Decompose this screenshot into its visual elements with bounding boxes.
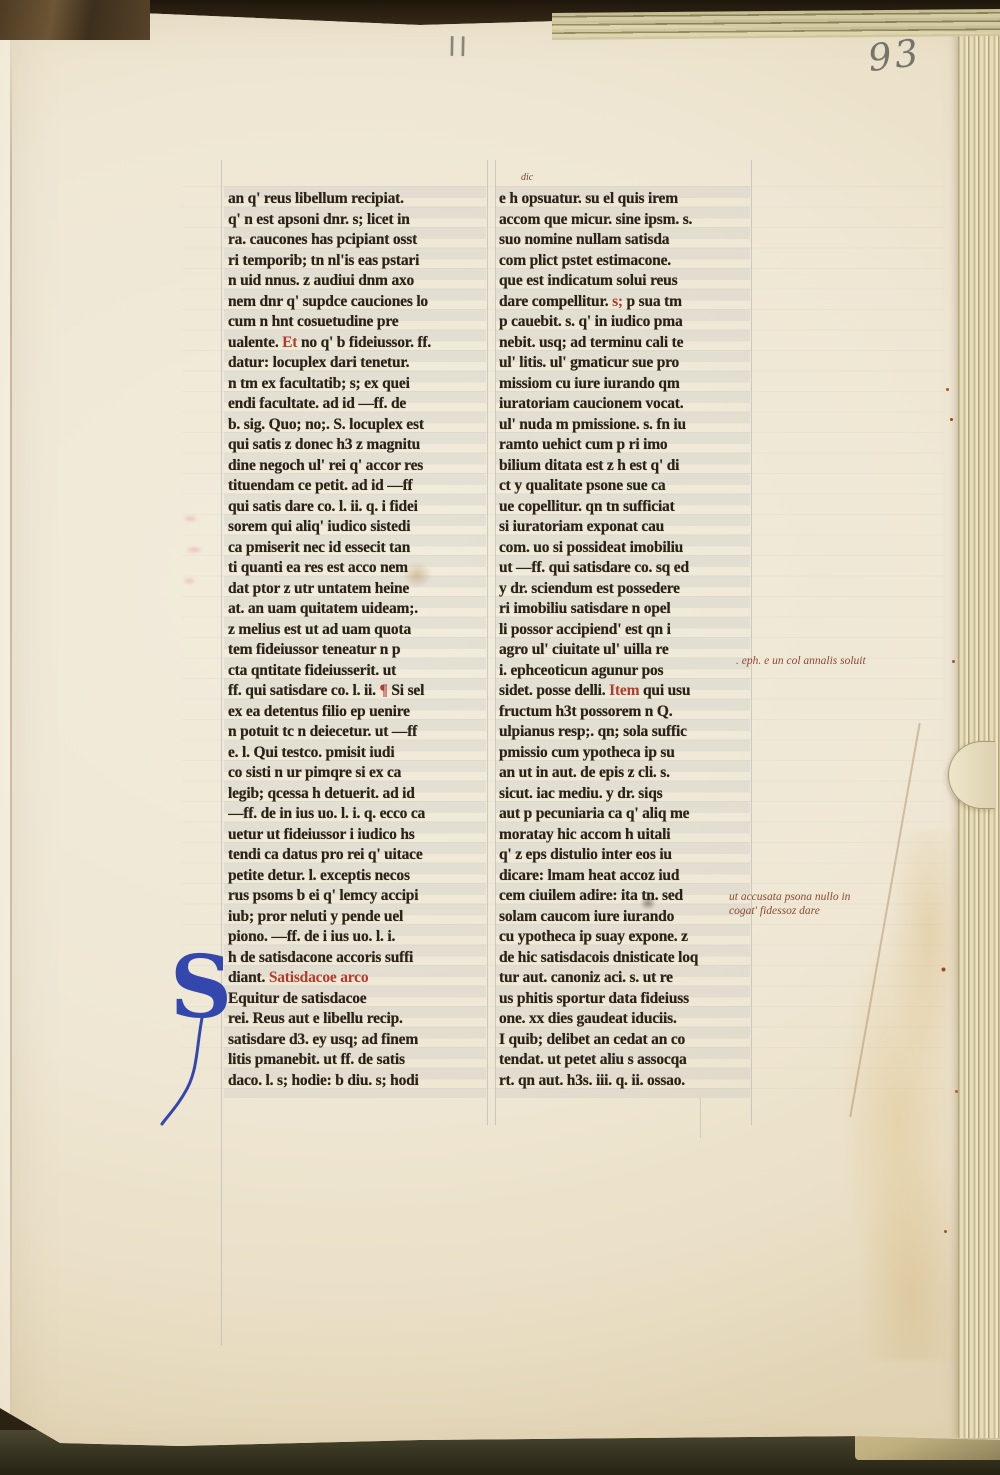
margin-note-line: . eph. e un col annalis soluit (736, 655, 866, 669)
manuscript-text-line: de hic satisdacois dnisticate loq (499, 948, 751, 969)
body-text: missiom cu iure iurando qm (499, 375, 680, 392)
manuscript-text-line: ulpianus resp;. qn; sola suffic (499, 722, 751, 743)
body-text: com plict pstet estimacone. (499, 252, 671, 269)
body-text: h de satisdacone accoris suffi (228, 949, 413, 966)
body-text: ca pmiserit nec id essecit tan (228, 539, 410, 556)
manuscript-text-line: ri temporib; tn nl'is eas pstari (228, 251, 486, 272)
body-text: ff. qui satisdare co. l. ii. (228, 682, 380, 699)
page-left-edge (0, 30, 10, 1430)
manuscript-text-line: dine negoch ul' rei q' accor res (228, 456, 486, 477)
manuscript-text-line: ct y qualitate psone sue ca (499, 476, 751, 497)
manuscript-text-line: ue copellitur. qn tn sufficiat (499, 497, 751, 518)
rubric-text: ¶ (380, 682, 388, 699)
manuscript-text-line: ra. caucones has pcipiant osst (228, 230, 486, 251)
body-text: cta qntitate fideiusserit. ut (228, 662, 396, 679)
manuscript-text-line: aut p pecuniaria ca q' aliq me (499, 804, 751, 825)
manuscript-text-line: missiom cu iure iurando qm (499, 374, 751, 395)
manuscript-page: II 93 dic an q' reus libellum recipiat.q… (0, 0, 1000, 1475)
manuscript-text-line: n uid nnus. z audiui dnm axo (228, 271, 486, 292)
parchment-tab (948, 741, 995, 809)
body-text: ct y qualitate psone sue ca (499, 477, 665, 494)
left-column: an q' reus libellum recipiat.q' n est ap… (228, 189, 486, 1091)
manuscript-text-line: cum n hnt cosuetudine pre (228, 312, 486, 333)
manuscript-text-line: endi facultate. ad id —ff. de (228, 394, 486, 415)
body-text: que est indicatum solui reus (499, 272, 677, 289)
binding-corner (0, 0, 150, 40)
body-text: legib; qcessa h detuerit. ad id (228, 785, 415, 802)
body-text: at. an uam quitatem uideam;. (228, 600, 418, 617)
manuscript-text-line: e h opsuatur. su el quis irem (499, 189, 751, 210)
manuscript-text-line: moratay hic accom h uitali (499, 825, 751, 846)
body-text: rt. qn aut. h3s. iii. q. ii. ossao. (499, 1072, 685, 1089)
manuscript-text-line: at. an uam quitatem uideam;. (228, 599, 486, 620)
manuscript-text-line: ff. qui satisdare co. l. ii. ¶ Si sel (228, 681, 486, 702)
manuscript-text-line: fructum h3t possorem n Q. (499, 702, 751, 723)
body-text: solam caucom iure iurando (499, 908, 674, 925)
body-text: Equitur de satisdacoe (228, 990, 366, 1007)
body-text: iub; pror neluti y pende uel (228, 908, 403, 925)
rubric-text: Satisdacoe arco (269, 969, 369, 986)
body-text: ul' litis. ul' gmaticur sue pro (499, 354, 679, 371)
manuscript-text-line: an q' reus libellum recipiat. (228, 189, 486, 210)
manuscript-text-line: co sisti n ur pimqre si ex ca (228, 763, 486, 784)
body-text: bilium ditata est z h est q' di (499, 457, 679, 474)
body-text: ualente. (228, 334, 282, 351)
manuscript-text-line: agro ul' ciuitate ul' uilla re (499, 640, 751, 661)
manuscript-text-line: cem ciuilem adire: ita tn. sed (499, 886, 751, 907)
body-text: diant. (228, 969, 269, 986)
manuscript-text-line: Equitur de satisdacoe (228, 989, 486, 1010)
vertical-ruling-line (751, 160, 752, 1125)
body-text: agro ul' ciuitate ul' uilla re (499, 641, 669, 658)
body-text: fructum h3t possorem n Q. (499, 703, 672, 720)
manuscript-text-line: litis pmanebit. ut ff. de satis (228, 1050, 486, 1071)
quire-mark: II (448, 32, 470, 63)
body-text: cem ciuilem adire: ita tn. sed (499, 887, 683, 904)
body-text: sorem qui aliq' iudico sistedi (228, 518, 410, 535)
manuscript-text-line: qui satis z donec h3 z magnitu (228, 435, 486, 456)
body-text: dicare: lmam heat accoz iud (499, 867, 679, 884)
body-text: accom que micur. sine ipsm. s. (499, 211, 692, 228)
body-text: uetur ut fideiussor i iudico hs (228, 826, 415, 843)
manuscript-text-line: nebit. usq; ad terminu cali te (499, 333, 751, 354)
body-text: endi facultate. ad id —ff. de (228, 395, 406, 412)
manuscript-text-line: ualente. Et no q' b fideiussor. ff. (228, 333, 486, 354)
manuscript-text-line: rt. qn aut. h3s. iii. q. ii. ossao. (499, 1071, 751, 1092)
body-text: us phitis sportur data fideiuss (499, 990, 689, 1007)
manuscript-text-line: si iuratoriam exponat cau (499, 517, 751, 538)
body-text: i. ephceoticun agunur pos (499, 662, 663, 679)
margin-note-annual: . eph. e un col annalis soluit (736, 655, 866, 669)
body-text: ra. caucones has pcipiant osst (228, 231, 417, 248)
manuscript-text-line: cta qntitate fideiusserit. ut (228, 661, 486, 682)
manuscript-text-line: legib; qcessa h detuerit. ad id (228, 784, 486, 805)
manuscript-text-line: i. ephceoticun agunur pos (499, 661, 751, 682)
body-text: cum n hnt cosuetudine pre (228, 313, 398, 330)
manuscript-text-line: —ff. de in ius uo. l. i. q. ecco ca (228, 804, 486, 825)
manuscript-text-line: diant. Satisdacoe arco (228, 968, 486, 989)
manuscript-text-line: nem dnr q' supdce cauciones lo (228, 292, 486, 313)
body-text: ulpianus resp;. qn; sola suffic (499, 723, 687, 740)
interlinear-gloss: dic (521, 172, 533, 183)
manuscript-text-line: suo nomine nullam satisda (499, 230, 751, 251)
manuscript-text-line: que est indicatum solui reus (499, 271, 751, 292)
body-text: q' n est apsoni dnr. s; licet in (228, 211, 410, 228)
manuscript-text-line: tituendam ce petit. ad id —ff (228, 476, 486, 497)
body-text: p sua tm (623, 293, 682, 310)
manuscript-text-line: li possor accipiend' est qn i (499, 620, 751, 641)
manuscript-text-line: petite detur. l. exceptis necos (228, 866, 486, 887)
body-text: sicut. iac mediu. y dr. siqs (499, 785, 663, 802)
body-text: qui satis dare co. l. ii. q. i fidei (228, 498, 418, 515)
body-text: ri temporib; tn nl'is eas pstari (228, 252, 419, 269)
manuscript-text-line: ul' litis. ul' gmaticur sue pro (499, 353, 751, 374)
manuscript-text-line: rus psoms b ei q' lemcy accipi (228, 886, 486, 907)
manuscript-text-line: tur aut. canoniz aci. s. ut re (499, 968, 751, 989)
body-text: petite detur. l. exceptis necos (228, 867, 410, 884)
margin-note-line: cogat' fidessoz dare (729, 905, 850, 919)
manuscript-text-line: ca pmiserit nec id essecit tan (228, 538, 486, 559)
body-text: tituendam ce petit. ad id —ff (228, 477, 413, 494)
body-text: ue copellitur. qn tn sufficiat (499, 498, 675, 515)
body-text: tur aut. canoniz aci. s. ut re (499, 969, 673, 986)
body-text: ex ea detentus filio ep uenire (228, 703, 410, 720)
manuscript-text-line: tendi ca datus pro rei q' uitace (228, 845, 486, 866)
manuscript-text-line: ri imobiliu satisdare n opel (499, 599, 751, 620)
body-text: dare compellitur. (499, 293, 612, 310)
body-text: qui usu (639, 682, 690, 699)
body-text: e. l. Qui testco. pmisit iudi (228, 744, 394, 761)
manuscript-text-line: an ut in aut. de epis z cli. s. (499, 763, 751, 784)
vertical-ruling-line (495, 160, 496, 1125)
manuscript-text-line: com. uo si possideat imobiliu (499, 538, 751, 559)
manuscript-text-line: h de satisdacone accoris suffi (228, 948, 486, 969)
manuscript-text-line: datur: locuplex dari tenetur. (228, 353, 486, 374)
rubric-text: s; (612, 293, 623, 310)
body-text: qui satis z donec h3 z magnitu (228, 436, 420, 453)
body-text: sidet. posse delli. (499, 682, 609, 699)
body-text: pmissio cum ypotheca ip su (499, 744, 675, 761)
manuscript-text-line: bilium ditata est z h est q' di (499, 456, 751, 477)
manuscript-text-line: cu ypotheca ip suay expone. z (499, 927, 751, 948)
manuscript-text-line: q' z eps distulio inter eos iu (499, 845, 751, 866)
body-text: p cauebit. s. q' in iudico pma (499, 313, 683, 330)
body-text: ti quanti ea res est acco nem (228, 559, 408, 576)
manuscript-text-line: rei. Reus aut e libellu recip. (228, 1009, 486, 1030)
body-text: y dr. sciendum est possedere (499, 580, 680, 597)
manuscript-text-line: n potuit tc n deiecetur. ut —ff (228, 722, 486, 743)
body-text: no q' b fideiussor. ff. (297, 334, 431, 351)
tan-wedge-stain (845, 830, 965, 1360)
body-text: I quib; delibet an cedat an co (499, 1031, 685, 1048)
body-text: co sisti n ur pimqre si ex ca (228, 764, 401, 781)
manuscript-text-line: accom que micur. sine ipsm. s. (499, 210, 751, 231)
manuscript-text-line: iub; pror neluti y pende uel (228, 907, 486, 928)
margin-note-accused: ut accusata psona nullo incogat' fidesso… (729, 891, 850, 918)
manuscript-text-line: sidet. posse delli. Item qui usu (499, 681, 751, 702)
body-text: ramto uehict cum p ri imo (499, 436, 667, 453)
body-text: litis pmanebit. ut ff. de satis (228, 1051, 405, 1068)
page-left-crease (10, 40, 12, 1435)
manuscript-text-line: q' n est apsoni dnr. s; licet in (228, 210, 486, 231)
manuscript-text-line: b. sig. Quo; no;. S. locuplex est (228, 415, 486, 436)
body-text: suo nomine nullam satisda (499, 231, 669, 248)
folio-number: 93 (866, 31, 924, 80)
body-text: ul' nuda m pmissione. s. fn iu (499, 416, 686, 433)
body-text: tendi ca datus pro rei q' uitace (228, 846, 423, 863)
manuscript-photo: II 93 dic an q' reus libellum recipiat.q… (0, 0, 1000, 1475)
manuscript-text-line: us phitis sportur data fideiuss (499, 989, 751, 1010)
manuscript-text-line: iuratoriam caucionem vocat. (499, 394, 751, 415)
rubric-text: Item (609, 682, 639, 699)
manuscript-text-line: ul' nuda m pmissione. s. fn iu (499, 415, 751, 436)
manuscript-text-line: n tm ex facultatib; s; ex quei (228, 374, 486, 395)
body-text: dat ptor z utr untatem heine (228, 580, 409, 597)
illuminated-initial: S (158, 952, 228, 1122)
body-text: moratay hic accom h uitali (499, 826, 670, 843)
body-text: q' z eps distulio inter eos iu (499, 846, 672, 863)
manuscript-text-line: ramto uehict cum p ri imo (499, 435, 751, 456)
vertical-ruling-line (487, 160, 488, 1125)
body-text: de hic satisdacois dnisticate loq (499, 949, 698, 966)
body-text: z melius est ut ad uam quota (228, 621, 411, 638)
body-text: ut —ff. qui satisdare co. sq ed (499, 559, 689, 576)
body-text: an q' reus libellum recipiat. (228, 190, 404, 207)
manuscript-text-line: com plict pstet estimacone. (499, 251, 751, 272)
body-text: ri imobiliu satisdare n opel (499, 600, 671, 617)
manuscript-text-line: satisdare d3. ey usq; ad finem (228, 1030, 486, 1051)
manuscript-text-line: dare compellitur. s; p sua tm (499, 292, 751, 313)
top-right-page-edges (552, 9, 1000, 40)
manuscript-text-line: ti quanti ea res est acco nem (228, 558, 486, 579)
initial-flourish (158, 1016, 228, 1126)
fore-edge-page-stack (958, 30, 1000, 1438)
rubric-text: Et (282, 334, 297, 351)
body-text: rei. Reus aut e libellu recip. (228, 1010, 403, 1027)
manuscript-text-line: sorem qui aliq' iudico sistedi (228, 517, 486, 538)
manuscript-text-line: dat ptor z utr untatem heine (228, 579, 486, 600)
manuscript-text-line: qui satis dare co. l. ii. q. i fidei (228, 497, 486, 518)
body-text: n potuit tc n deiecetur. ut —ff (228, 723, 417, 740)
body-text: nem dnr q' supdce cauciones lo (228, 293, 428, 310)
manuscript-text-line: tendat. ut petet aliu s assocqa (499, 1050, 751, 1071)
body-text: an ut in aut. de epis z cli. s. (499, 764, 670, 781)
manuscript-text-line: p cauebit. s. q' in iudico pma (499, 312, 751, 333)
manuscript-text-line: solam caucom iure iurando (499, 907, 751, 928)
body-text: daco. l. s; hodie: b diu. s; hodi (228, 1072, 419, 1089)
body-text: piono. —ff. de i ius uo. l. i. (228, 928, 395, 945)
manuscript-text-line: piono. —ff. de i ius uo. l. i. (228, 927, 486, 948)
body-text: tendat. ut petet aliu s assocqa (499, 1051, 687, 1068)
manuscript-text-line: y dr. sciendum est possedere (499, 579, 751, 600)
body-text: n tm ex facultatib; s; ex quei (228, 375, 410, 392)
body-text: —ff. de in ius uo. l. i. q. ecco ca (228, 805, 425, 822)
body-text: nebit. usq; ad terminu cali te (499, 334, 683, 351)
ink-specks (946, 388, 949, 391)
right-column: e h opsuatur. su el quis iremaccom que m… (499, 189, 751, 1091)
vertical-ruling-line (221, 160, 222, 1345)
body-text: com. uo si possideat imobiliu (499, 539, 683, 556)
body-text: Si sel (388, 682, 425, 699)
body-text: rus psoms b ei q' lemcy accipi (228, 887, 418, 904)
manuscript-text-line: e. l. Qui testco. pmisit iudi (228, 743, 486, 764)
body-text: b. sig. Quo; no;. S. locuplex est (228, 416, 424, 433)
body-text: si iuratoriam exponat cau (499, 518, 664, 535)
body-text: e h opsuatur. su el quis irem (499, 190, 678, 207)
body-text: one. xx dies gaudeat iduciis. (499, 1010, 677, 1027)
body-text: n uid nnus. z audiui dnm axo (228, 272, 414, 289)
manuscript-text-line: dicare: lmam heat accoz iud (499, 866, 751, 887)
manuscript-text-line: uetur ut fideiussor i iudico hs (228, 825, 486, 846)
manuscript-text-line: ex ea detentus filio ep uenire (228, 702, 486, 723)
manuscript-text-line: one. xx dies gaudeat iduciis. (499, 1009, 751, 1030)
manuscript-text-line: z melius est ut ad uam quota (228, 620, 486, 641)
manuscript-text-line: ut —ff. qui satisdare co. sq ed (499, 558, 751, 579)
body-text: cu ypotheca ip suay expone. z (499, 928, 688, 945)
manuscript-text-line: pmissio cum ypotheca ip su (499, 743, 751, 764)
body-text: iuratoriam caucionem vocat. (499, 395, 683, 412)
manuscript-text-line: I quib; delibet an cedat an co (499, 1030, 751, 1051)
pink-offset-stain (181, 512, 205, 596)
body-text: datur: locuplex dari tenetur. (228, 354, 409, 371)
fold-line (700, 1098, 701, 1138)
body-text: li possor accipiend' est qn i (499, 621, 671, 638)
margin-note-line: ut accusata psona nullo in (729, 891, 850, 905)
body-text: aut p pecuniaria ca q' aliq me (499, 805, 689, 822)
manuscript-text-line: sicut. iac mediu. y dr. siqs (499, 784, 751, 805)
manuscript-text-line: tem fideiussor teneatur n p (228, 640, 486, 661)
manuscript-text-line: daco. l. s; hodie: b diu. s; hodi (228, 1071, 486, 1092)
body-text: satisdare d3. ey usq; ad finem (228, 1031, 418, 1048)
body-text: dine negoch ul' rei q' accor res (228, 457, 423, 474)
body-text: tem fideiussor teneatur n p (228, 641, 400, 658)
